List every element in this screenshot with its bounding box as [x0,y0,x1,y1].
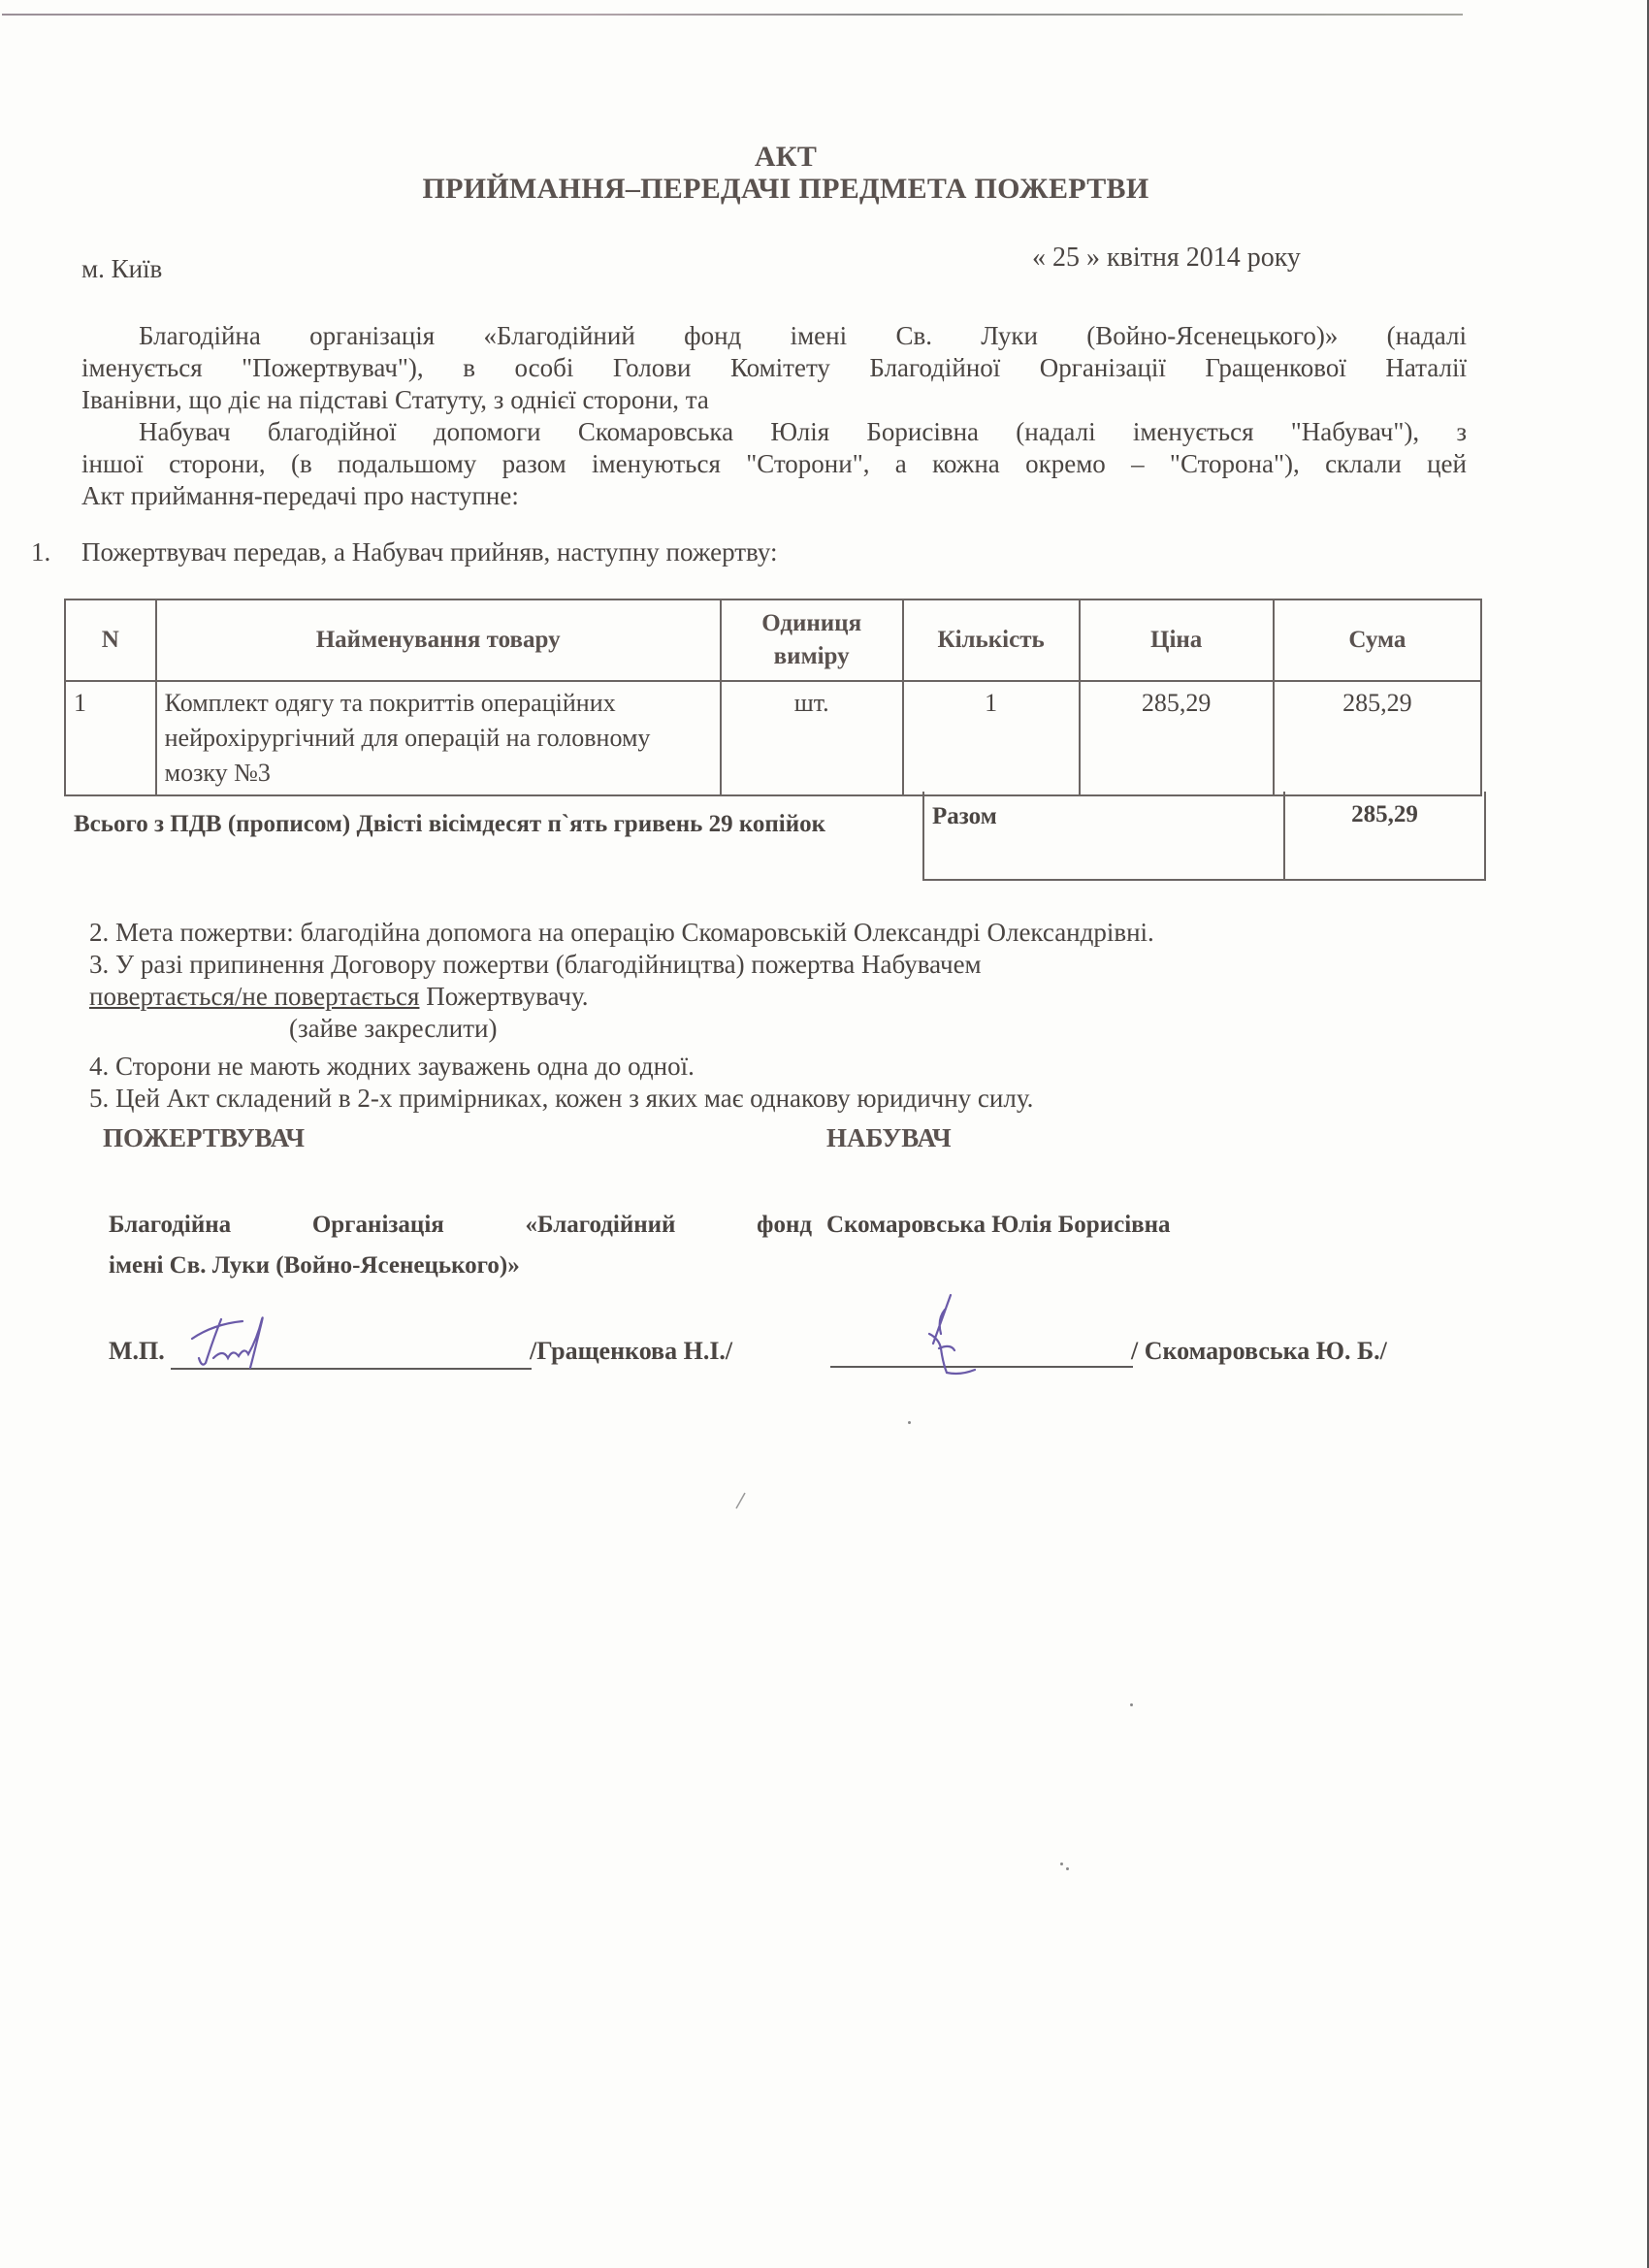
return-options-underlined: повертається/не повертається [89,982,419,1011]
scan-top-edge-line [2,14,1463,16]
clause-5: 5. Цей Акт складений в 2-х примірниках, … [89,1083,1033,1115]
document-place: м. Київ [81,254,162,284]
clause-3-rest: Пожертвувачу. [419,982,588,1011]
clause-3-note: (зайве закреслити) [289,1013,497,1045]
donor-heading: ПОЖЕРТВУВАЧ [103,1123,305,1153]
total-in-words: Всього з ПДВ (прописом) Двісті вісімдеся… [74,803,918,846]
clause-4: 4. Сторони не мають жодних зауважень одн… [89,1051,695,1083]
header-unit: Одиниця виміру [721,599,903,681]
document-date: « 25 » квітня 2014 року [1032,243,1301,274]
items-table: N Найменування товару Одиниця виміру Кіл… [64,599,1482,796]
total-label: Разом [932,803,997,830]
scan-mark-icon [733,1491,747,1510]
preamble-line: іншої сторони, (в подальшому разом імену… [81,448,1467,480]
donor-org-line: Благодійна Організація «Благодійний фонд [109,1205,812,1246]
preamble-line: Благодійна організація «Благодійний фонд… [139,320,1467,352]
recipient-heading: НАБУВАЧ [826,1123,952,1153]
scan-speck [1130,1703,1133,1706]
header-price: Ціна [1080,599,1274,681]
clause-3-options: повертається/не повертається Пожертвувач… [89,981,589,1013]
clause-1-text: Пожертвувач передав, а Набувач прийняв, … [81,536,778,568]
recipient-full-name: Скомаровська Юлія Борисівна [826,1205,1171,1246]
clause-3: 3. У разі припинення Договору пожертви (… [89,949,982,981]
document-subtitle: ПРИЙМАННЯ–ПЕРЕДАЧІ ПРЕДМЕТА ПОЖЕРТВИ [0,173,1571,206]
table-row: 1 Комплект одягу та покриттів операційни… [65,681,1481,795]
cell-price: 285,29 [1080,681,1274,795]
scan-speck [1060,1863,1063,1865]
cell-qty: 1 [903,681,1080,795]
preamble-line: іменується "Пожертвувач"), в особі Голов… [81,352,1467,384]
scan-speck [908,1421,911,1424]
donor-org-line: імені Св. Луки (Войно-Ясенецького)» [109,1246,520,1286]
clause-2: 2. Мета пожертви: благодійна допомога на… [89,917,1154,949]
donor-name: /Гращенкова Н.І./ [530,1337,732,1366]
cell-unit: шт. [721,681,903,795]
table-header-row: N Найменування товару Одиниця виміру Кіл… [65,599,1481,681]
total-box: Разом 285,29 [922,792,1486,881]
preamble-line: Акт приймання-передачі про наступне: [81,480,519,512]
cell-sum: 285,29 [1274,681,1481,795]
header-n: N [65,599,156,681]
total-value: 285,29 [1285,801,1484,828]
donor-signature-icon [184,1310,291,1377]
recipient-signature-icon [921,1290,999,1377]
preamble-line: Набувач благодійної допомоги Скомаровськ… [139,416,1467,448]
preamble-line: Іванівни, що діє на підставі Статуту, з … [81,384,709,416]
clause-number: 1. [31,536,50,568]
recipient-name: / Скомаровська Ю. Б./ [1131,1337,1387,1366]
header-name: Найменування товару [156,599,721,681]
header-qty: Кількість [903,599,1080,681]
header-sum: Сума [1274,599,1481,681]
scan-speck [1066,1867,1069,1870]
cell-n: 1 [65,681,156,795]
document-title: АКТ [0,141,1571,174]
cell-name: Комплект одягу та покриттів операційних … [156,681,721,795]
stamp-label: М.П. [109,1337,165,1366]
